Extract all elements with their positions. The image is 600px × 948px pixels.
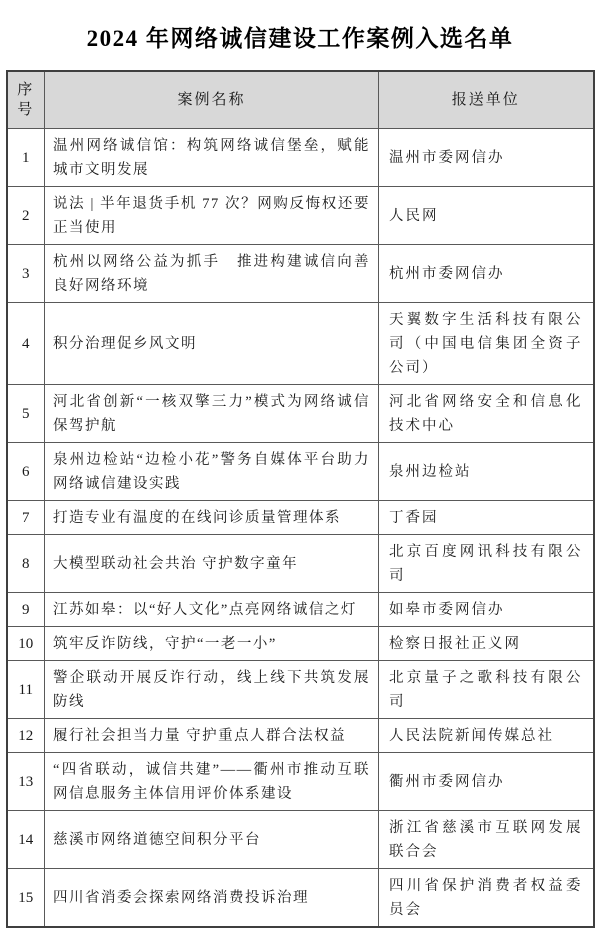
header-case-name: 案例名称 (45, 71, 379, 129)
unit-cell: 丁香园 (379, 501, 594, 535)
table-row: 13 “四省联动，诚信共建”——衢州市推动互联网信息服务主体信用评价体系建设 衢… (7, 753, 594, 811)
unit-cell: 人民网 (379, 187, 594, 245)
row-number-cell: 13 (7, 753, 45, 811)
unit-cell: 杭州市委网信办 (379, 245, 594, 303)
case-name-cell: 说法 | 半年退货手机 77 次？网购反悔权还要正当使用 (45, 187, 379, 245)
table-body: 1 温州网络诚信馆：构筑网络诚信堡垒，赋能城市文明发展 温州市委网信办 2 说法… (7, 129, 594, 928)
header-row: 序号 案例名称 报送单位 (7, 71, 594, 129)
unit-cell: 如皋市委网信办 (379, 593, 594, 627)
case-name-cell: 筑牢反诈防线，守护“一老一小” (45, 627, 379, 661)
case-name-cell: 慈溪市网络道德空间积分平台 (45, 811, 379, 869)
row-number-cell: 9 (7, 593, 45, 627)
page-title: 2024 年网络诚信建设工作案例入选名单 (0, 20, 600, 53)
case-name-cell: 温州网络诚信馆：构筑网络诚信堡垒，赋能城市文明发展 (45, 129, 379, 187)
case-name-cell: 积分治理促乡风文明 (45, 303, 379, 385)
case-list-table: 序号 案例名称 报送单位 1 温州网络诚信馆：构筑网络诚信堡垒，赋能城市文明发展… (6, 70, 595, 928)
table-row: 8 大模型联动社会共治 守护数字童年 北京百度网讯科技有限公司 (7, 535, 594, 593)
table-row: 12 履行社会担当力量 守护重点人群合法权益 人民法院新闻传媒总社 (7, 719, 594, 753)
table-row: 1 温州网络诚信馆：构筑网络诚信堡垒，赋能城市文明发展 温州市委网信办 (7, 129, 594, 187)
table-row: 11 警企联动开展反诈行动，线上线下共筑发展防线 北京量子之歌科技有限公司 (7, 661, 594, 719)
row-number-cell: 5 (7, 385, 45, 443)
table-row: 7 打造专业有温度的在线问诊质量管理体系 丁香园 (7, 501, 594, 535)
unit-cell: 四川省保护消费者权益委员会 (379, 869, 594, 928)
case-name-cell: 打造专业有温度的在线问诊质量管理体系 (45, 501, 379, 535)
table-row: 15 四川省消委会探索网络消费投诉治理 四川省保护消费者权益委员会 (7, 869, 594, 928)
case-name-cell: 警企联动开展反诈行动，线上线下共筑发展防线 (45, 661, 379, 719)
table-row: 4 积分治理促乡风文明 天翼数字生活科技有限公司（中国电信集团全资子公司） (7, 303, 594, 385)
header-reporting-unit: 报送单位 (379, 71, 594, 129)
header-serial-number: 序号 (7, 71, 45, 129)
row-number-cell: 14 (7, 811, 45, 869)
document-page: 2024 年网络诚信建设工作案例入选名单 序号 案例名称 报送单位 1 温州网络… (0, 0, 600, 928)
case-name-cell: 四川省消委会探索网络消费投诉治理 (45, 869, 379, 928)
case-name-cell: 河北省创新“一核双擎三力”模式为网络诚信保驾护航 (45, 385, 379, 443)
case-name-cell: “四省联动，诚信共建”——衢州市推动互联网信息服务主体信用评价体系建设 (45, 753, 379, 811)
table-row: 9 江苏如皋：以“好人文化”点亮网络诚信之灯 如皋市委网信办 (7, 593, 594, 627)
case-name-cell: 杭州以网络公益为抓手 推进构建诚信向善良好网络环境 (45, 245, 379, 303)
unit-cell: 北京量子之歌科技有限公司 (379, 661, 594, 719)
table-row: 6 泉州边检站“边检小花”警务自媒体平台助力网络诚信建设实践 泉州边检站 (7, 443, 594, 501)
table-header: 序号 案例名称 报送单位 (7, 71, 594, 129)
case-name-cell: 江苏如皋：以“好人文化”点亮网络诚信之灯 (45, 593, 379, 627)
table-row: 2 说法 | 半年退货手机 77 次？网购反悔权还要正当使用 人民网 (7, 187, 594, 245)
row-number-cell: 10 (7, 627, 45, 661)
table-row: 10 筑牢反诈防线，守护“一老一小” 检察日报社正义网 (7, 627, 594, 661)
row-number-cell: 6 (7, 443, 45, 501)
table-row: 5 河北省创新“一核双擎三力”模式为网络诚信保驾护航 河北省网络安全和信息化技术… (7, 385, 594, 443)
unit-cell: 检察日报社正义网 (379, 627, 594, 661)
table-row: 3 杭州以网络公益为抓手 推进构建诚信向善良好网络环境 杭州市委网信办 (7, 245, 594, 303)
row-number-cell: 4 (7, 303, 45, 385)
row-number-cell: 15 (7, 869, 45, 928)
row-number-cell: 3 (7, 245, 45, 303)
unit-cell: 衢州市委网信办 (379, 753, 594, 811)
case-name-cell: 履行社会担当力量 守护重点人群合法权益 (45, 719, 379, 753)
unit-cell: 河北省网络安全和信息化技术中心 (379, 385, 594, 443)
row-number-cell: 12 (7, 719, 45, 753)
row-number-cell: 7 (7, 501, 45, 535)
table-row: 14 慈溪市网络道德空间积分平台 浙江省慈溪市互联网发展联合会 (7, 811, 594, 869)
case-name-cell: 大模型联动社会共治 守护数字童年 (45, 535, 379, 593)
unit-cell: 人民法院新闻传媒总社 (379, 719, 594, 753)
unit-cell: 泉州边检站 (379, 443, 594, 501)
row-number-cell: 11 (7, 661, 45, 719)
row-number-cell: 2 (7, 187, 45, 245)
row-number-cell: 1 (7, 129, 45, 187)
unit-cell: 北京百度网讯科技有限公司 (379, 535, 594, 593)
unit-cell: 浙江省慈溪市互联网发展联合会 (379, 811, 594, 869)
case-name-cell: 泉州边检站“边检小花”警务自媒体平台助力网络诚信建设实践 (45, 443, 379, 501)
unit-cell: 天翼数字生活科技有限公司（中国电信集团全资子公司） (379, 303, 594, 385)
row-number-cell: 8 (7, 535, 45, 593)
unit-cell: 温州市委网信办 (379, 129, 594, 187)
